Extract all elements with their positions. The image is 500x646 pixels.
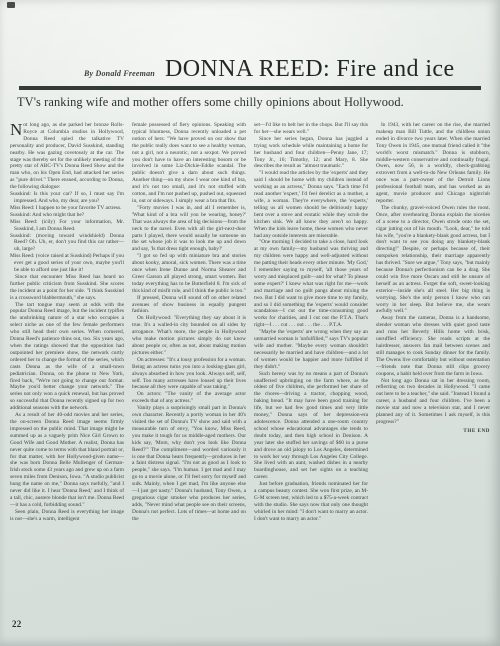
paragraph: On actresses: "It's a lousy profession f… (132, 357, 246, 392)
article-header: By Donald Freeman DONNA REED: Fire and i… (0, 56, 500, 110)
paragraph: "Forty movies I was in, and all I rememb… (132, 205, 246, 253)
paragraph: As a result of her 40-odd movies and her… (10, 412, 124, 509)
page-number: 22 (12, 619, 22, 629)
paragraph: female possessed of fiery opinions. Spea… (132, 122, 246, 205)
paragraph: set—I'd like to belt her in the chops. B… (254, 122, 368, 136)
dialogue-line: Miss Reed: (voice raised at Susskind) Pe… (10, 253, 124, 274)
paragraph: On Hollywood: "Everything they say about… (132, 315, 246, 356)
drop-cap: N (10, 122, 23, 136)
dialogue-line: Susskind: Is this your car? If so, I mus… (10, 191, 124, 205)
dialogue-line: Miss Reed: I happen to be your favorite … (10, 205, 124, 212)
paragraph: Not long ago, as she parked her bronze R… (10, 122, 124, 191)
paragraph: Away from the cameras, Donna is a handso… (376, 315, 490, 377)
paragraph: "One morning I decided to take a close, … (254, 239, 368, 329)
text-column-1: Not long ago, as she parked her bronze R… (10, 122, 124, 612)
paragraph: Not long ago Donna sat in her dressing r… (376, 378, 490, 426)
text-column-4: In 1943, with her career on the rise, sh… (376, 122, 490, 612)
dialogue-line: Susskind: And who might that be? (10, 212, 124, 219)
paragraph: "I got so fed up with miniature bra and … (132, 253, 246, 294)
paragraph: Since her series began, Donna has juggle… (254, 136, 368, 171)
paragraph: "I would read the articles by the 'exper… (254, 170, 368, 239)
paragraph: If pressed, Donna will sound off on othe… (132, 295, 246, 316)
paragraph: The chunky, gravel-voiced Owen rules the… (376, 205, 490, 316)
text-column-3: set—I'd like to belt her in the chops. B… (254, 122, 368, 612)
title-row: By Donald Freeman DONNA REED: Fire and i… (0, 56, 500, 83)
article-subtitle: TV's ranking wife and mother offers some… (17, 95, 483, 110)
paragraph: Vanity plays a surprisingly small part i… (132, 405, 246, 522)
article-title: DONNA REED: Fire and ice (165, 56, 455, 83)
dialogue-line: Susskind: (moving toward windshield) Don… (10, 233, 124, 254)
article-body: Not long ago, as she parked her bronze R… (10, 122, 490, 612)
byline: By Donald Freeman (84, 69, 155, 78)
dialogue-line: Miss Reed: (icily) For your information,… (10, 219, 124, 233)
text-column-2: female possessed of fiery opinions. Spea… (132, 122, 246, 612)
paragraph: On actors: "The vanity of the average ac… (132, 391, 246, 405)
paragraph: Just before graduation, friends nominate… (254, 481, 368, 522)
paragraph: In 1943, with her career on the rise, sh… (376, 122, 490, 205)
paragraph: The tart tongue may seem at odds with th… (10, 302, 124, 413)
end-mark: THE END (376, 429, 490, 435)
page-corner-mark (7, 2, 15, 8)
magazine-page: By Donald Freeman DONNA REED: Fire and i… (0, 0, 500, 646)
paragraph: Such heresy was by no means a part of Do… (254, 371, 368, 482)
paragraph: "Maybe the 'experts' are wrong when they… (254, 329, 368, 370)
title-rule (19, 86, 481, 90)
paragraph: Since that encounter Miss Reed has heard… (10, 274, 124, 302)
paragraph: Seen plain, Donna Reed is everything her… (10, 509, 124, 523)
